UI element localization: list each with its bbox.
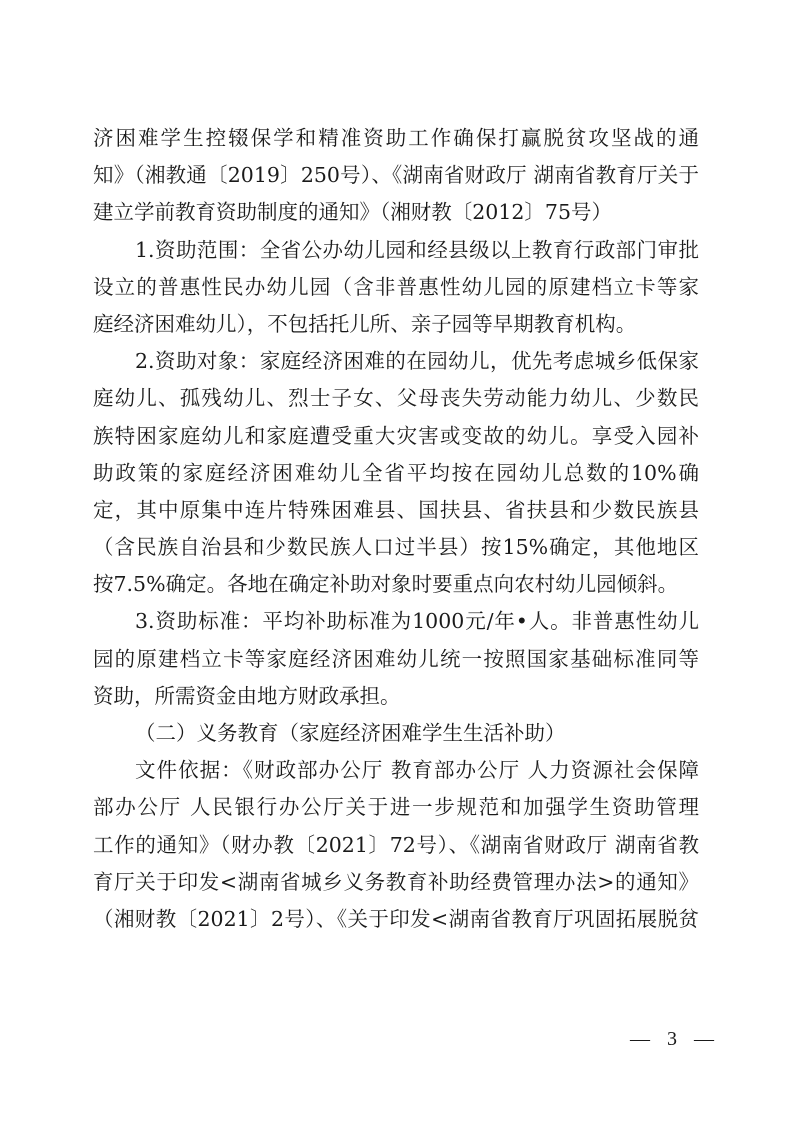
section-heading: （二）义务教育（家庭经济困难学生生活补助）	[93, 715, 699, 752]
text-line-7: 2.资助对象：家庭经济困难的在园幼儿，优先考虑城乡低保家	[93, 343, 699, 380]
text-line-16: 资助，所需资金由地方财政承担。	[93, 678, 699, 715]
text-line-6: 庭经济困难幼儿），不包括托儿所、亲子园等早期教育机构。	[93, 306, 699, 343]
text-line-18: 文件依据：《财政部办公厅 教育部办公厅 人力资源社会保障	[93, 752, 699, 789]
text-line-20: 工作的通知》（财办教〔2021〕72号）、《湖南省财政厅 湖南省教	[93, 827, 699, 864]
text-line-12: （含民族自治县和少数民族人口过半县）按15%确定，其他地区	[93, 529, 699, 566]
text-line-13: 按7.5%确定。各地在确定补助对象时要重点向农村幼儿园倾斜。	[93, 566, 699, 603]
text-line-21: 育厅关于印发<湖南省城乡义务教育补助经费管理办法>的通知》	[93, 864, 699, 901]
text-line-8: 庭幼儿、孤残幼儿、烈士子女、父母丧失劳动能力幼儿、少数民	[93, 380, 699, 417]
text-line-10: 助政策的家庭经济困难幼儿全省平均按在园幼儿总数的10%确	[93, 455, 699, 492]
text-line-1: 济困难学生控辍保学和精准资助工作确保打赢脱贫攻坚战的通	[93, 120, 699, 157]
text-line-19: 部办公厅 人民银行办公厅关于进一步规范和加强学生资助管理	[93, 789, 699, 826]
body-text: 济困难学生控辍保学和精准资助工作确保打赢脱贫攻坚战的通 知》（湘教通〔2019〕…	[93, 120, 699, 938]
document-page: 济困难学生控辍保学和精准资助工作确保打赢脱贫攻坚战的通 知》（湘教通〔2019〕…	[0, 0, 793, 1122]
text-line-22: （湘财教〔2021〕2号）、《关于印发<湖南省教育厅巩固拓展脱贫	[93, 901, 699, 938]
text-line-3: 建立学前教育资助制度的通知》（湘财教〔2012〕75号）	[93, 194, 699, 231]
text-line-9: 族特困家庭幼儿和家庭遭受重大灾害或变故的幼儿。享受入园补	[93, 418, 699, 455]
text-line-2: 知》（湘教通〔2019〕250号）、《湖南省财政厅 湖南省教育厅关于	[93, 157, 699, 194]
text-line-5: 设立的普惠性民办幼儿园（含非普惠性幼儿园的原建档立卡等家	[93, 269, 699, 306]
text-line-14: 3.资助标准：平均补助标准为1000元/年•人。非普惠性幼儿	[93, 603, 699, 640]
text-line-15: 园的原建档立卡等家庭经济困难幼儿统一按照国家基础标准同等	[93, 641, 699, 678]
text-line-4: 1.资助范围：全省公办幼儿园和经县级以上教育行政部门审批	[93, 232, 699, 269]
page-number: — 3 —	[630, 1028, 720, 1051]
text-line-11: 定，其中原集中连片特殊困难县、国扶县、省扶县和少数民族县	[93, 492, 699, 529]
